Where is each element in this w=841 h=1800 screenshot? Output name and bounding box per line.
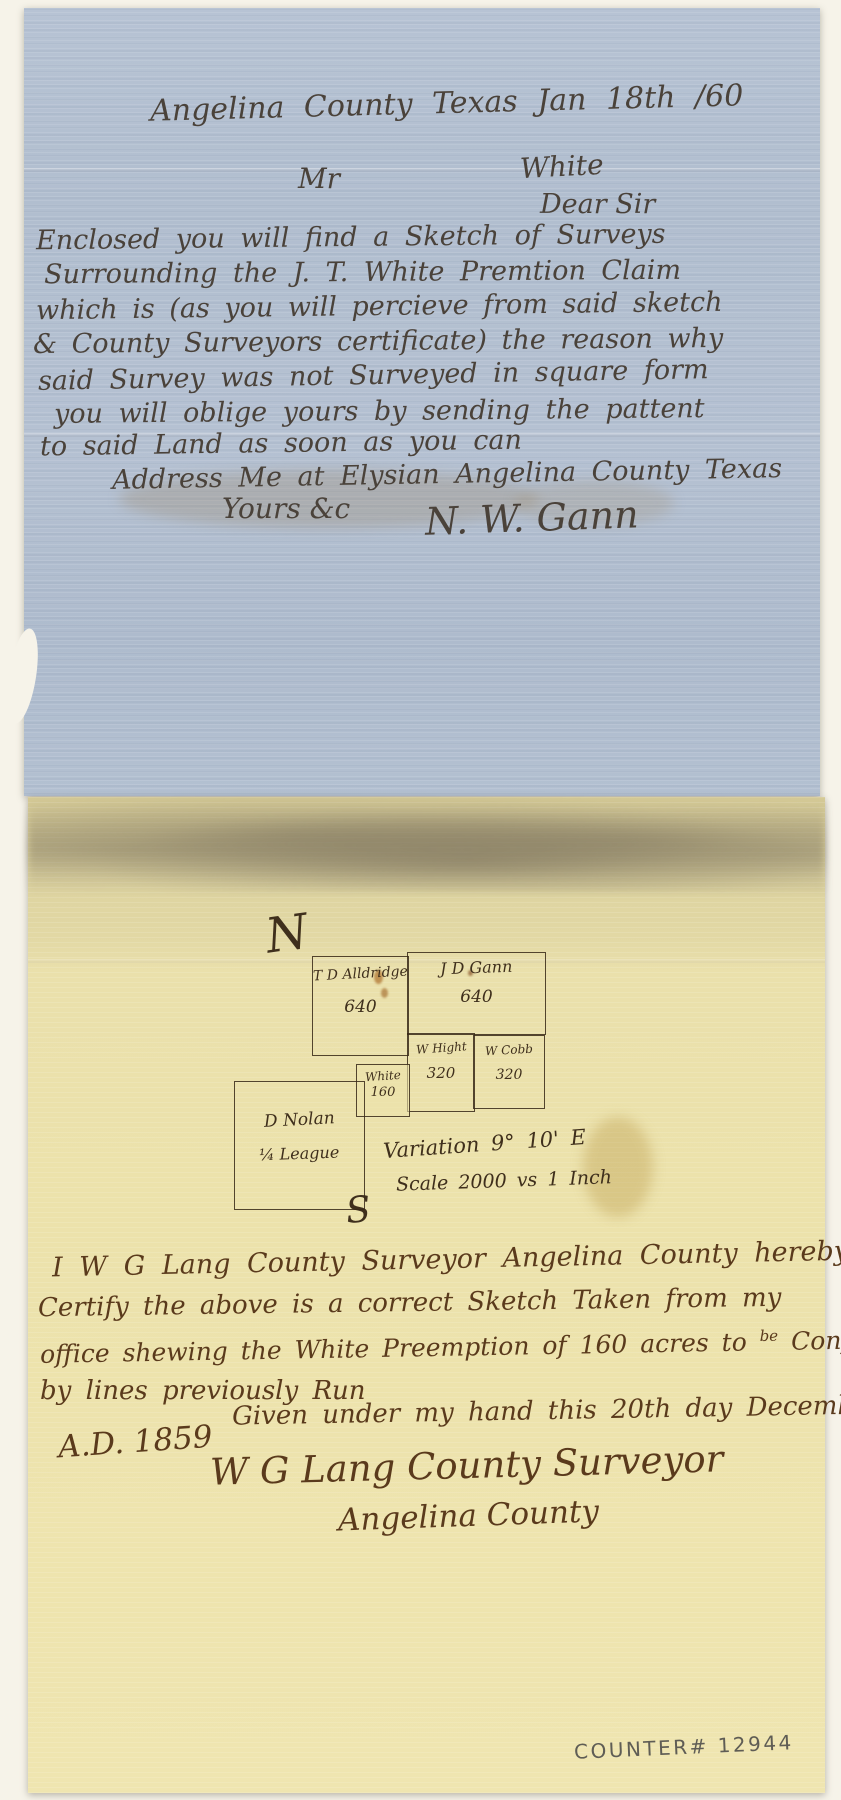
document-scan: Angelina County Texas Jan 18th /60 Mr Wh… (0, 0, 841, 1800)
letter-body-line: Surrounding the J. T. White Premtion Cla… (44, 255, 681, 290)
parcel-size: 320 (496, 1067, 523, 1083)
parcel-alldridge: T D Alldridge 640 (312, 956, 409, 1056)
parcel-cobb: W Cobb 320 (473, 1035, 545, 1109)
parcel-size: 160 (371, 1085, 396, 1100)
addressee-name: White (519, 148, 604, 185)
addressee-prefix: Mr (298, 162, 340, 195)
parcel-name: T D Alldridge (313, 964, 409, 985)
letter-body-line: you will oblige yours by sending the pat… (54, 393, 705, 430)
parcel-size: 320 (427, 1064, 456, 1082)
fold-crease (24, 168, 820, 172)
salutation: Dear Sir (540, 189, 655, 220)
water-stain (28, 797, 825, 892)
letter-closing: Yours &c (222, 492, 350, 525)
parcel-size: ¼ League (259, 1143, 340, 1165)
parcel-name: J D Gann (440, 957, 513, 979)
north-mark: N (262, 903, 311, 964)
parcel-gann: J D Gann 640 (407, 952, 546, 1035)
parcel-size: 640 (460, 987, 492, 1007)
parcel-hight: W Hight 320 (407, 1033, 475, 1112)
parcel-name: W Hight (415, 1039, 467, 1057)
letter-body-line: Enclosed you will find a Sketch of Surve… (36, 219, 666, 257)
letter-body-line: & County Surveyors certificate) the reas… (33, 323, 723, 360)
parcel-name: D Nolan (264, 1108, 336, 1132)
inserted-word: be (759, 1327, 778, 1345)
parcel-name: W Cobb (485, 1042, 534, 1058)
parcel-nolan: D Nolan ¼ League (234, 1081, 365, 1210)
letter-signature: N. W. Gann (424, 492, 639, 543)
parcel-name: White (365, 1068, 402, 1084)
certificate-line-text: Confined (791, 1325, 841, 1356)
parcel-size: 640 (344, 997, 376, 1017)
